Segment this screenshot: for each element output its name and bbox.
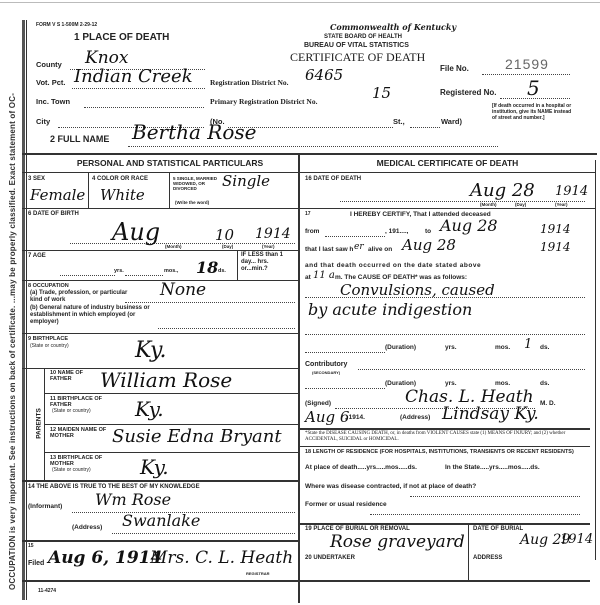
cause-line-2: by acute indigestion — [308, 300, 472, 319]
mother-birthplace-label: 13 BIRTHPLACE OF MOTHER — [50, 455, 110, 467]
filed-number: 15 — [28, 543, 34, 549]
to-year: 1914 — [540, 222, 571, 236]
age-mos-label: mos., — [164, 268, 178, 274]
informant-address-label: (Address) — [72, 524, 102, 531]
vot-pct-label: Vot. Pct. — [36, 78, 65, 87]
city-label: City — [36, 117, 50, 126]
file-no-value: 21599 — [505, 56, 549, 72]
contributory-label: Contributory — [305, 361, 347, 368]
bureau-label: BUREAU OF VITAL STATISTICS — [304, 42, 409, 49]
birthplace-label: 9 BIRTHPLACE — [28, 336, 68, 342]
dob-label: 6 DATE OF BIRTH — [28, 211, 79, 217]
parents-label: PARENTS — [36, 399, 43, 449]
birthplace-hint: (State or country) — [30, 343, 69, 349]
signed-date: Aug 6 — [305, 408, 349, 426]
informant-label: (Informant) — [28, 503, 62, 510]
age-ds-label: ds. — [218, 268, 226, 274]
primary-registration-label: Primary Registration District No. — [210, 97, 317, 106]
date-of-death-label: 16 DATE OF DEATH — [305, 176, 361, 182]
race-value: White — [100, 186, 145, 204]
occurred-text: and that death occurred on the date stat… — [305, 262, 481, 269]
form-number: FORM V S 1-500M 2-29-12 — [36, 22, 97, 28]
alive-year: 1914 — [540, 240, 571, 254]
father-birthplace-value: Ky. — [135, 397, 164, 421]
undertaker-address-label: ADDRESS — [473, 555, 502, 561]
left-border — [22, 20, 25, 600]
alive-label: alive on — [368, 246, 392, 253]
section-divider — [22, 153, 597, 155]
dob-day: 10 — [215, 226, 234, 244]
county-label: County — [36, 60, 62, 69]
right-border — [595, 160, 596, 560]
year-caption: (Year) — [262, 244, 275, 249]
mother-label: 12 MAIDEN NAME OF MOTHER — [50, 427, 110, 439]
county-value: Knox — [85, 48, 128, 68]
signed-year: , 1914. — [345, 414, 365, 421]
father-label: 10 NAME OF FATHER — [50, 370, 90, 382]
vot-pct-value: Indian Creek — [74, 66, 193, 87]
month-caption: (Month) — [165, 244, 182, 249]
ward-label: Ward) — [441, 117, 462, 126]
medical-header: MEDICAL CERTIFICATE OF DEATH — [300, 158, 595, 168]
race-label: 4 COLOR OR RACE — [92, 176, 148, 182]
center-divider — [298, 153, 300, 603]
last-saw-label: that I last saw h — [305, 246, 353, 253]
hospital-note: [If death occurred in a hospital or inst… — [492, 103, 572, 121]
dod-month-caption: (Month) — [480, 202, 497, 207]
cause-intro: m. The CAUSE OF DEATH* was as follows: — [335, 274, 467, 281]
personal-header: PERSONAL AND STATISTICAL PARTICULARS — [45, 158, 295, 168]
alive-value: Aug 28 — [402, 236, 456, 254]
occupation-label: 8 OCCUPATION — [28, 283, 69, 289]
father-value: William Rose — [100, 368, 232, 392]
footnote: *State the DISEASE CAUSING DEATH, or, in… — [305, 431, 590, 443]
filed-label: Filed — [28, 560, 44, 567]
duration-mos: mos. — [495, 344, 510, 351]
place-of-death-label: 1 PLACE OF DEATH — [74, 32, 169, 43]
full-name-label: 2 FULL NAME — [50, 134, 109, 144]
registration-district-value: 6465 — [305, 66, 343, 84]
day-caption: (Day) — [222, 244, 233, 249]
burial-date-year: 1914 — [560, 532, 593, 547]
mother-birthplace-hint: (State or country) — [52, 467, 91, 473]
cause-line-1: Convulsions, caused — [340, 281, 495, 299]
filed-date: Aug 6, 1914 — [48, 548, 162, 568]
last-saw-pronoun: er — [354, 242, 364, 252]
burial-place-value: Rose graveyard — [330, 532, 465, 552]
marital-value: Single — [222, 172, 270, 190]
birthplace-value: Ky. — [135, 338, 167, 363]
from-year: , 191...., — [385, 228, 409, 235]
duration-ds: ds. — [540, 344, 549, 351]
dod-day-caption: (Day) — [515, 202, 526, 207]
registrar-signature: Mrs. C. L. Heath — [150, 548, 293, 568]
md-label: M. D. — [540, 400, 556, 407]
date-of-death-value: Aug 28 — [470, 180, 535, 201]
at-place-of-death-label: At place of death.....yrs.....mos.....ds… — [305, 464, 445, 471]
form-footer-code: 11-4274 — [38, 588, 56, 594]
father-birthplace-hint: (State or country) — [52, 408, 91, 414]
st-label: St., — [393, 117, 405, 126]
full-name-value: Bertha Rose — [132, 120, 257, 144]
time-of-death: 11 a — [313, 270, 335, 281]
duration-label: (Duration) — [385, 344, 416, 351]
to-value: Aug 28 — [440, 216, 498, 235]
inc-town-label: Inc. Town — [36, 97, 70, 106]
secondary-label: (SECONDARY) — [312, 370, 340, 375]
age-label: 7 AGE — [28, 253, 46, 259]
from-label: from — [305, 228, 319, 235]
registration-district-label: Registration District No. — [210, 78, 289, 87]
date-of-death-year: 1914 — [555, 184, 588, 199]
registered-no-label: Registered No. — [440, 88, 496, 97]
age-days-value: 18 — [196, 258, 218, 277]
duration-yrs: yrs. — [445, 344, 457, 351]
age-yrs-label: yrs. — [114, 268, 124, 274]
father-birthplace-label: 11 BIRTHPLACE OF FATHER — [50, 396, 110, 408]
board-label: STATE BOARD OF HEALTH — [324, 34, 402, 40]
left-border-inner — [26, 20, 27, 600]
in-state-label: In the State.....yrs.....mos.....ds. — [445, 464, 585, 471]
burial-date-label: DATE OF BURIAL — [473, 526, 523, 532]
sex-value: Female — [30, 186, 85, 204]
duration2-label: (Duration) — [385, 380, 416, 387]
certificate-title: CERTIFICATE OF DEATH — [290, 50, 425, 65]
registrar-label: REGISTRAR — [246, 571, 270, 576]
undertaker-label: 20 UNDERTAKER — [305, 555, 355, 561]
duration-days-value: 1 — [524, 337, 532, 352]
at-label: at — [305, 274, 311, 281]
physician-address-value: Lindsay Ky. — [442, 404, 539, 424]
occupation-value: None — [160, 280, 206, 300]
state-header: Commonwealth of Kentucky — [330, 22, 456, 32]
certify-number: 17 — [305, 211, 311, 217]
file-no-label: File No. — [440, 64, 469, 73]
duration2-ds: ds. — [540, 380, 549, 387]
occupation-a-label: (a) Trade, profession, or particular kin… — [30, 290, 130, 304]
marital-hint: (Write the word) — [175, 200, 209, 205]
dod-year-caption: (Year) — [555, 202, 568, 207]
former-residence-label: Former or usual residence — [305, 501, 395, 508]
margin-instructions: OCCUPATION is very important. See instru… — [8, 0, 18, 590]
marital-label: 5 SINGLE, MARRIED WIDOWED, OR DIVORCED — [173, 176, 223, 191]
duration2-yrs: yrs. — [445, 380, 457, 387]
primary-registration-value: 15 — [372, 84, 391, 102]
occupation-b-label: (b) General nature of industry business … — [30, 305, 160, 326]
mother-birthplace-value: Ky. — [140, 455, 169, 479]
mother-value: Susie Edna Bryant — [112, 426, 282, 447]
signed-label: (Signed) — [305, 400, 331, 407]
where-contracted-label: Where was disease contracted, if not at … — [305, 483, 505, 490]
informant-address-value: Swanlake — [122, 511, 200, 530]
informant-value: Wm Rose — [95, 490, 171, 509]
physician-address-label: (Address) — [400, 414, 430, 421]
to-label: to — [425, 228, 431, 235]
dob-year: 1914 — [255, 226, 291, 242]
dob-month: Aug — [112, 218, 160, 246]
registered-no-value: 5 — [527, 76, 540, 100]
duration2-mos: mos. — [495, 380, 510, 387]
less-than-day-label: IF LESS than 1 day... hrs. or...min.? — [241, 252, 296, 273]
sex-label: 3 SEX — [28, 176, 45, 182]
residence-label: 18 LENGTH OF RESIDENCE (FOR HOSPITALS, I… — [305, 449, 590, 455]
scan-edge — [0, 2, 600, 3]
